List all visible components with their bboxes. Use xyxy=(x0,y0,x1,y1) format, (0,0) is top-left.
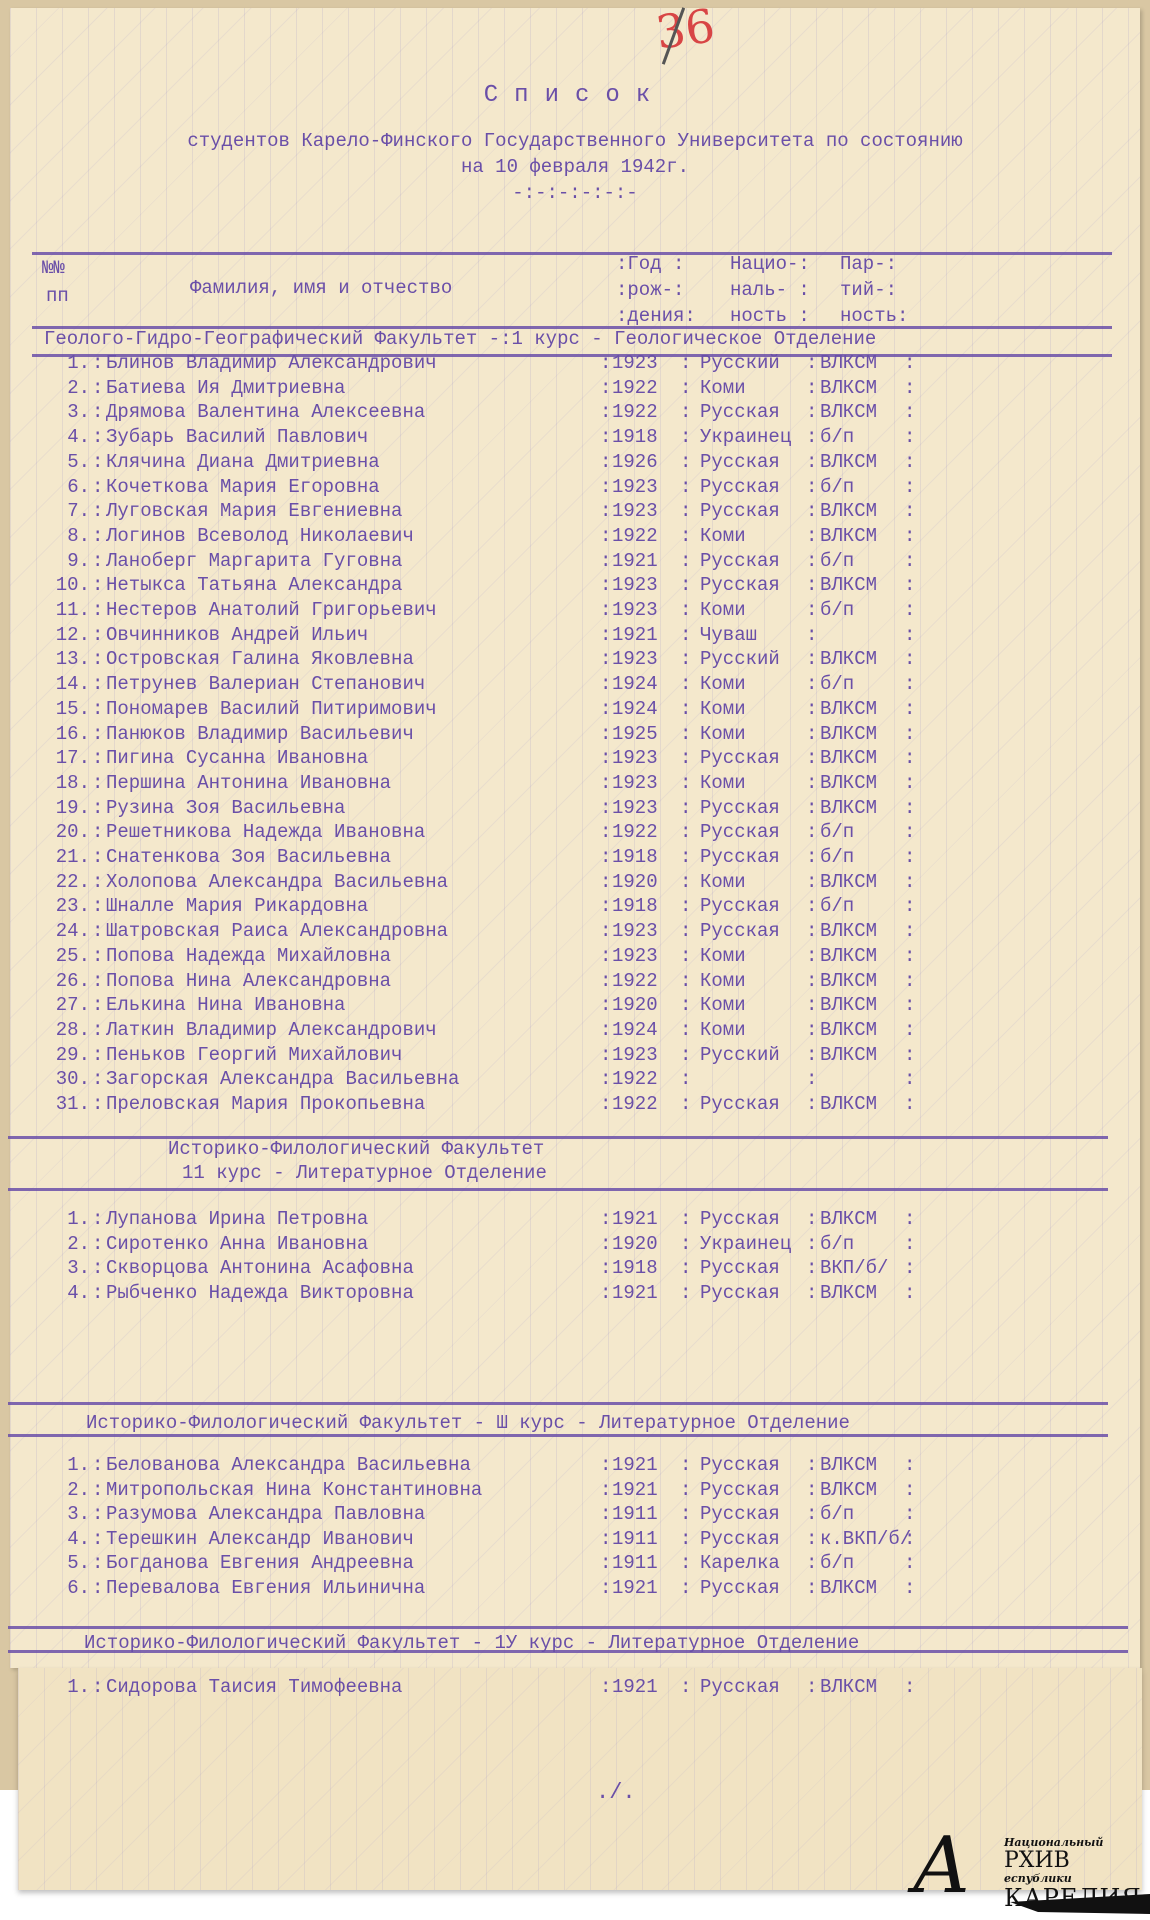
column-separator: : xyxy=(92,1282,103,1304)
column-separator: : xyxy=(680,352,691,374)
column-separator: : xyxy=(92,500,103,522)
section-heading-histphil-l2: 11 курс - Литературное Отделение xyxy=(182,1162,547,1184)
party-affiliation: ВЛКСМ xyxy=(820,574,877,596)
column-separator: : xyxy=(600,1528,611,1550)
nationality: Коми xyxy=(700,945,746,967)
column-separator: : xyxy=(904,1233,915,1255)
student-number: 17. xyxy=(0,747,90,769)
header-party-l1: Пар-: xyxy=(840,252,897,277)
nationality: Коми xyxy=(700,970,746,992)
column-separator: : xyxy=(680,451,691,473)
nationality: Русская xyxy=(700,747,780,769)
header-nat-l2: наль- : xyxy=(730,278,810,303)
column-separator: : xyxy=(680,970,691,992)
birth-year: 1921 xyxy=(612,550,658,572)
column-separator: : xyxy=(680,599,691,621)
nationality: Русский xyxy=(700,648,780,670)
column-separator: : xyxy=(600,895,611,917)
student-number: 4. xyxy=(0,1528,90,1550)
party-affiliation: б/п xyxy=(820,599,854,621)
column-separator: : xyxy=(600,624,611,646)
column-separator: : xyxy=(92,1233,103,1255)
birth-year: 1920 xyxy=(612,994,658,1016)
party-affiliation: ВЛКСМ xyxy=(820,747,877,769)
column-separator: : xyxy=(92,723,103,745)
column-separator: : xyxy=(680,821,691,843)
student-number: 30. xyxy=(0,1068,90,1090)
column-separator: : xyxy=(680,698,691,720)
birth-year: 1923 xyxy=(612,1044,658,1066)
column-separator: : xyxy=(92,698,103,720)
column-separator: : xyxy=(92,451,103,473)
party-affiliation: ВЛКСМ xyxy=(820,352,877,374)
column-separator: : xyxy=(92,525,103,547)
column-separator: : xyxy=(600,648,611,670)
column-separator: : xyxy=(904,895,915,917)
column-separator: : xyxy=(92,920,103,942)
column-separator: : xyxy=(904,1282,915,1304)
column-separator: : xyxy=(92,1577,103,1599)
column-separator: : xyxy=(904,1257,915,1279)
student-number: 6. xyxy=(0,476,90,498)
student-number: 1. xyxy=(0,352,90,374)
column-separator: : xyxy=(600,1044,611,1066)
nationality: Коми xyxy=(700,994,746,1016)
party-affiliation: ВЛКСМ xyxy=(820,377,877,399)
student-number: 14. xyxy=(0,673,90,695)
column-separator: : xyxy=(904,1068,915,1090)
column-separator: : xyxy=(806,1282,817,1304)
column-separator: : xyxy=(806,895,817,917)
nationality: Русская xyxy=(700,476,780,498)
column-separator: : xyxy=(600,970,611,992)
party-affiliation: ВЛКСМ xyxy=(820,525,877,547)
header-name: Фамилия, имя и отчество xyxy=(190,276,452,301)
column-separator: : xyxy=(904,1676,915,1698)
student-name: Лупанова Ирина Петровна xyxy=(106,1208,368,1230)
column-separator: : xyxy=(600,401,611,423)
nationality: Коми xyxy=(700,1019,746,1041)
logo-line2: РХИВ xyxy=(1004,1848,1070,1873)
birth-year: 1926 xyxy=(612,451,658,473)
header-num-l1: №№ xyxy=(42,256,65,281)
party-affiliation: б/п xyxy=(820,426,854,448)
column-separator: : xyxy=(600,1093,611,1115)
nationality: Русская xyxy=(700,1208,780,1230)
column-separator: : xyxy=(600,797,611,819)
column-separator: : xyxy=(904,1093,915,1115)
nationality: Коми xyxy=(700,772,746,794)
nationality: Русская xyxy=(700,1479,780,1501)
student-number: 31. xyxy=(0,1093,90,1115)
column-separator: : xyxy=(680,772,691,794)
column-separator: : xyxy=(680,525,691,547)
student-name: Петрунев Валериан Степанович xyxy=(106,673,425,695)
column-separator: : xyxy=(92,1208,103,1230)
birth-year: 1925 xyxy=(612,723,658,745)
student-number: 3. xyxy=(0,1257,90,1279)
column-separator: : xyxy=(92,673,103,695)
student-name: Шналле Мария Рикардовна xyxy=(106,895,368,917)
birth-year: 1921 xyxy=(612,1282,658,1304)
column-separator: : xyxy=(904,1019,915,1041)
birth-year: 1918 xyxy=(612,846,658,868)
column-separator: : xyxy=(92,1552,103,1574)
party-affiliation: ВЛКСМ xyxy=(820,451,877,473)
column-separator: : xyxy=(92,747,103,769)
column-separator: : xyxy=(904,1503,915,1525)
birth-year: 1923 xyxy=(612,772,658,794)
section-rule xyxy=(8,1188,1108,1191)
nationality: Украинец xyxy=(700,1233,791,1255)
column-separator: : xyxy=(806,401,817,423)
column-separator: : xyxy=(680,1552,691,1574)
birth-year: 1923 xyxy=(612,574,658,596)
nationality: Коми xyxy=(700,698,746,720)
student-name: Пеньков Георгий Михайлович xyxy=(106,1044,402,1066)
column-separator: : xyxy=(680,895,691,917)
student-name: Рыбченко Надежда Викторовна xyxy=(106,1282,414,1304)
column-separator: : xyxy=(806,451,817,473)
column-separator: : xyxy=(806,476,817,498)
column-separator: : xyxy=(92,871,103,893)
birth-year: 1922 xyxy=(612,525,658,547)
column-separator: : xyxy=(806,945,817,967)
student-number: 2. xyxy=(0,1479,90,1501)
column-separator: : xyxy=(904,1552,915,1574)
column-separator: : xyxy=(92,895,103,917)
party-affiliation: ВЛКСМ xyxy=(820,1093,877,1115)
nationality: Коми xyxy=(700,673,746,695)
party-affiliation: ВЛКСМ xyxy=(820,500,877,522)
column-separator: : xyxy=(806,500,817,522)
column-separator: : xyxy=(806,698,817,720)
nationality: Коми xyxy=(700,871,746,893)
column-separator: : xyxy=(600,451,611,473)
column-separator: : xyxy=(600,698,611,720)
student-number: 11. xyxy=(0,599,90,621)
student-name: Скворцова Антонина Асафовна xyxy=(106,1257,414,1279)
section-heading-histphil-3: Историко-Филологический Факультет - Ш ку… xyxy=(86,1412,850,1434)
column-separator: : xyxy=(92,1676,103,1698)
column-separator: : xyxy=(904,994,915,1016)
student-number: 15. xyxy=(0,698,90,720)
column-separator: : xyxy=(92,772,103,794)
column-separator: : xyxy=(806,1068,817,1090)
student-name: Овчинников Андрей Ильич xyxy=(106,624,368,646)
column-separator: : xyxy=(92,1479,103,1501)
column-separator: : xyxy=(680,1019,691,1041)
student-name: Елькина Нина Ивановна xyxy=(106,994,345,1016)
party-affiliation: ВЛКСМ xyxy=(820,1577,877,1599)
birth-year: 1921 xyxy=(612,1577,658,1599)
column-separator: : xyxy=(680,1044,691,1066)
column-separator: : xyxy=(904,426,915,448)
student-name: Сидорова Таисия Тимофеевна xyxy=(106,1676,402,1698)
column-separator: : xyxy=(680,401,691,423)
table-top-rule xyxy=(32,252,1112,255)
column-separator: : xyxy=(600,772,611,794)
nationality: Русская xyxy=(700,1093,780,1115)
column-separator: : xyxy=(904,1528,915,1550)
student-name: Нестеров Анатолий Григорьевич xyxy=(106,599,437,621)
column-separator: : xyxy=(904,772,915,794)
nationality: Русская xyxy=(700,401,780,423)
nationality: Русская xyxy=(700,1454,780,1476)
column-separator: : xyxy=(600,723,611,745)
column-separator: : xyxy=(904,550,915,572)
column-separator: : xyxy=(600,476,611,498)
column-separator: : xyxy=(806,772,817,794)
header-party-l2: тий-: xyxy=(840,278,897,303)
column-separator: : xyxy=(92,1044,103,1066)
column-separator: : xyxy=(806,1552,817,1574)
birth-year: 1920 xyxy=(612,871,658,893)
student-number: 7. xyxy=(0,500,90,522)
student-number: 20. xyxy=(0,821,90,843)
column-separator: : xyxy=(680,846,691,868)
party-affiliation: к.ВКП/б/ xyxy=(820,1528,911,1550)
column-separator: : xyxy=(600,1068,611,1090)
nationality: Коми xyxy=(700,599,746,621)
column-separator: : xyxy=(600,352,611,374)
column-separator: : xyxy=(904,797,915,819)
column-separator: : xyxy=(806,920,817,942)
column-separator: : xyxy=(680,673,691,695)
column-separator: : xyxy=(806,1577,817,1599)
column-separator: : xyxy=(680,1676,691,1698)
student-name: Луговская Мария Евгениевна xyxy=(106,500,402,522)
column-separator: : xyxy=(806,673,817,695)
student-name: Першина Антонина Ивановна xyxy=(106,772,391,794)
folio-number: 36 xyxy=(653,0,718,60)
column-separator: : xyxy=(92,1454,103,1476)
column-separator: : xyxy=(92,352,103,374)
nationality: Русский xyxy=(700,352,780,374)
student-name: Шатровская Раиса Александровна xyxy=(106,920,448,942)
student-name: Островская Галина Яковлевна xyxy=(106,648,414,670)
student-number: 4. xyxy=(0,1282,90,1304)
column-separator: : xyxy=(806,1233,817,1255)
nationality: Русская xyxy=(700,1503,780,1525)
nationality: Русская xyxy=(700,1676,780,1698)
student-number: 16. xyxy=(0,723,90,745)
party-affiliation: ВЛКСМ xyxy=(820,1044,877,1066)
document-subtitle-line2: на 10 февраля 1942г. xyxy=(0,154,1150,180)
birth-year: 1911 xyxy=(612,1552,658,1574)
column-separator: : xyxy=(904,698,915,720)
logo-monogram: А xyxy=(912,1826,971,1906)
column-separator: : xyxy=(600,673,611,695)
student-number: 2. xyxy=(0,1233,90,1255)
column-separator: : xyxy=(680,945,691,967)
column-separator: : xyxy=(600,1208,611,1230)
column-separator: : xyxy=(806,574,817,596)
column-separator: : xyxy=(806,1208,817,1230)
column-separator: : xyxy=(92,550,103,572)
birth-year: 1922 xyxy=(612,821,658,843)
column-separator: : xyxy=(680,476,691,498)
birth-year: 1921 xyxy=(612,1208,658,1230)
nationality: Русская xyxy=(700,895,780,917)
student-name: Решетникова Надежда Ивановна xyxy=(106,821,425,843)
column-separator: : xyxy=(806,994,817,1016)
header-num-l2: пп xyxy=(46,284,69,309)
nationality: Русская xyxy=(700,797,780,819)
birth-year: 1918 xyxy=(612,426,658,448)
column-separator: : xyxy=(92,401,103,423)
column-separator: : xyxy=(600,1577,611,1599)
party-affiliation: ВЛКСМ xyxy=(820,797,877,819)
column-separator: : xyxy=(600,1233,611,1255)
column-separator: : xyxy=(806,723,817,745)
party-affiliation: б/п xyxy=(820,1552,854,1574)
student-name: Снатенкова Зоя Васильевна xyxy=(106,846,391,868)
column-separator: : xyxy=(806,797,817,819)
section-rule xyxy=(8,1650,1128,1653)
party-affiliation: ВЛКСМ xyxy=(820,648,877,670)
student-name: Беловaнова Александра Васильевна xyxy=(106,1454,471,1476)
party-affiliation: б/п xyxy=(820,1503,854,1525)
student-name: Кочеткова Мария Егоровна xyxy=(106,476,380,498)
column-separator: : xyxy=(680,1528,691,1550)
column-separator: : xyxy=(92,426,103,448)
nationality: Русская xyxy=(700,1577,780,1599)
column-separator: : xyxy=(806,1676,817,1698)
birth-year: 1920 xyxy=(612,1233,658,1255)
birth-year: 1923 xyxy=(612,648,658,670)
student-number: 26. xyxy=(0,970,90,992)
column-separator: : xyxy=(806,525,817,547)
section-rule xyxy=(8,1402,1108,1405)
birth-year: 1923 xyxy=(612,747,658,769)
column-separator: : xyxy=(92,1257,103,1279)
column-separator: : xyxy=(806,648,817,670)
birth-year: 1921 xyxy=(612,1676,658,1698)
student-name: Попова Нина Александровна xyxy=(106,970,391,992)
column-separator: : xyxy=(680,797,691,819)
column-separator: : xyxy=(600,1552,611,1574)
birth-year: 1922 xyxy=(612,970,658,992)
student-number: 2. xyxy=(0,377,90,399)
column-separator: : xyxy=(92,624,103,646)
student-name: Холопова Александра Васильевна xyxy=(106,871,448,893)
student-name: Дрямова Валентина Алексеевна xyxy=(106,401,425,423)
birth-year: 1924 xyxy=(612,1019,658,1041)
column-separator: : xyxy=(92,1528,103,1550)
column-separator: : xyxy=(904,747,915,769)
column-separator: : xyxy=(904,451,915,473)
column-separator: : xyxy=(600,871,611,893)
column-separator: : xyxy=(904,648,915,670)
student-name: Клячина Диана Дмитриевна xyxy=(106,451,380,473)
column-separator: : xyxy=(600,994,611,1016)
column-separator: : xyxy=(904,945,915,967)
party-affiliation: ВЛКСМ xyxy=(820,698,877,720)
party-affiliation: ВЛКСМ xyxy=(820,1208,877,1230)
column-separator: : xyxy=(680,1577,691,1599)
party-affiliation: ВЛКСМ xyxy=(820,970,877,992)
column-separator: : xyxy=(600,377,611,399)
nationality: Русская xyxy=(700,920,780,942)
column-separator: : xyxy=(92,945,103,967)
column-separator: : xyxy=(680,377,691,399)
column-separator: : xyxy=(904,1454,915,1476)
birth-year: 1922 xyxy=(612,377,658,399)
column-separator: : xyxy=(904,377,915,399)
student-number: 28. xyxy=(0,1019,90,1041)
column-separator: : xyxy=(806,377,817,399)
column-separator: : xyxy=(92,797,103,819)
student-number: 24. xyxy=(0,920,90,942)
student-name: Разумова Александра Павловна xyxy=(106,1503,425,1525)
column-separator: : xyxy=(904,846,915,868)
student-number: 25. xyxy=(0,945,90,967)
column-separator: : xyxy=(806,352,817,374)
column-separator: : xyxy=(600,500,611,522)
document-subtitle-line1: студентов Карело-Финского Государственно… xyxy=(0,128,1150,154)
column-separator: : xyxy=(680,1257,691,1279)
nationality: Коми xyxy=(700,723,746,745)
party-affiliation: б/п xyxy=(820,673,854,695)
nationality: Карелка xyxy=(700,1552,780,1574)
column-separator: : xyxy=(806,970,817,992)
header-nat-l1: Нацио-: xyxy=(730,252,810,277)
student-name: Рузина Зоя Васильевна xyxy=(106,797,345,819)
birth-year: 1921 xyxy=(612,624,658,646)
column-separator: : xyxy=(904,723,915,745)
column-separator: : xyxy=(904,871,915,893)
student-number: 18. xyxy=(0,772,90,794)
student-number: 4. xyxy=(0,426,90,448)
party-affiliation: ВЛКСМ xyxy=(820,772,877,794)
nationality: Украинец xyxy=(700,426,791,448)
page-continuation-mark: ./. xyxy=(596,1780,636,1805)
birth-year: 1923 xyxy=(612,500,658,522)
column-separator: : xyxy=(904,920,915,942)
party-affiliation: ВЛКСМ xyxy=(820,1019,877,1041)
section-heading-geology: Геолого-Гидро-Географический Факультет -… xyxy=(44,328,876,350)
column-separator: : xyxy=(680,624,691,646)
nationality: Русская xyxy=(700,574,780,596)
column-separator: : xyxy=(806,871,817,893)
student-name: Зубарь Василий Павлович xyxy=(106,426,368,448)
column-separator: : xyxy=(92,1019,103,1041)
party-affiliation: ВЛКСМ xyxy=(820,1479,877,1501)
column-separator: : xyxy=(92,574,103,596)
column-separator: : xyxy=(806,747,817,769)
column-separator: : xyxy=(92,476,103,498)
column-separator: : xyxy=(904,970,915,992)
column-separator: : xyxy=(600,945,611,967)
column-separator: : xyxy=(806,1257,817,1279)
birth-year: 1911 xyxy=(612,1503,658,1525)
column-separator: : xyxy=(904,500,915,522)
party-affiliation: б/п xyxy=(820,846,854,868)
column-separator: : xyxy=(600,846,611,868)
birth-year: 1921 xyxy=(612,1454,658,1476)
column-separator: : xyxy=(680,920,691,942)
student-number: 1. xyxy=(0,1208,90,1230)
column-separator: : xyxy=(806,846,817,868)
column-separator: : xyxy=(600,1282,611,1304)
birth-year: 1923 xyxy=(612,599,658,621)
student-number: 3. xyxy=(0,1503,90,1525)
column-separator: : xyxy=(92,377,103,399)
column-separator: : xyxy=(806,1528,817,1550)
column-separator: : xyxy=(92,599,103,621)
student-number: 19. xyxy=(0,797,90,819)
